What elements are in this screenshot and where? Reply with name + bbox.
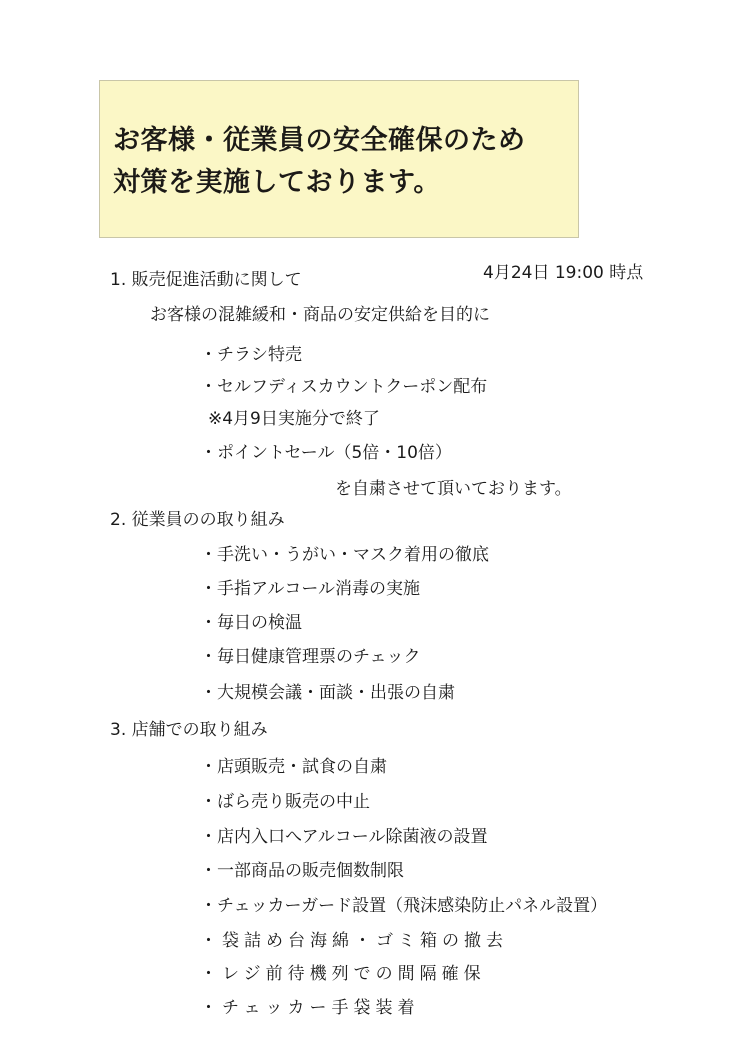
list-item: ・ばら売り販売の中止 bbox=[200, 787, 370, 812]
section-intro-1: お客様の混雑緩和・商品の安定供給を目的に bbox=[150, 300, 490, 325]
timestamp: 4月24日 19:00 時点 bbox=[483, 258, 643, 283]
list-item: ・大規模会議・面談・出張の自粛 bbox=[200, 678, 455, 703]
list-item: ・チェッカーガード設置（飛沫感染防止パネル設置） bbox=[200, 891, 607, 916]
title-line-2: 対策を実施しております。 bbox=[113, 160, 441, 199]
list-item: ・袋詰め台海綿・ゴミ箱の撤去 bbox=[200, 926, 508, 951]
section-closing-1: を自粛させて頂いております。 bbox=[335, 474, 572, 499]
section-heading-3: 3. 店舗での取り組み bbox=[110, 715, 268, 740]
list-item: ・一部商品の販売個数制限 bbox=[200, 856, 404, 881]
list-item: ・店頭販売・試食の自粛 bbox=[200, 752, 387, 777]
list-item: ・毎日の検温 bbox=[200, 608, 302, 633]
list-item: ・ポイントセール（5倍・10倍） bbox=[200, 438, 452, 463]
title-banner: お客様・従業員の安全確保のため 対策を実施しております。 bbox=[99, 80, 579, 238]
list-item: ・チェッカー手袋装着 bbox=[200, 993, 420, 1018]
list-item: ・チラシ特売 bbox=[200, 340, 302, 365]
title-line-1: お客様・従業員の安全確保のため bbox=[113, 118, 526, 157]
list-item: ・レジ前待機列での間隔確保 bbox=[200, 959, 486, 984]
note-text: ※4月9日実施分で終了 bbox=[208, 404, 380, 429]
section-heading-1: 1. 販売促進活動に関して bbox=[110, 265, 302, 290]
list-item: ・店内入口へアルコール除菌液の設置 bbox=[200, 822, 487, 847]
list-item: ・セルフディスカウントクーポン配布 bbox=[200, 372, 487, 397]
list-item: ・毎日健康管理票のチェック bbox=[200, 642, 421, 667]
list-item: ・手洗い・うがい・マスク着用の徹底 bbox=[200, 540, 489, 565]
list-item: ・手指アルコール消毒の実施 bbox=[200, 574, 420, 599]
section-heading-2: 2. 従業員のの取り組み bbox=[110, 505, 285, 530]
